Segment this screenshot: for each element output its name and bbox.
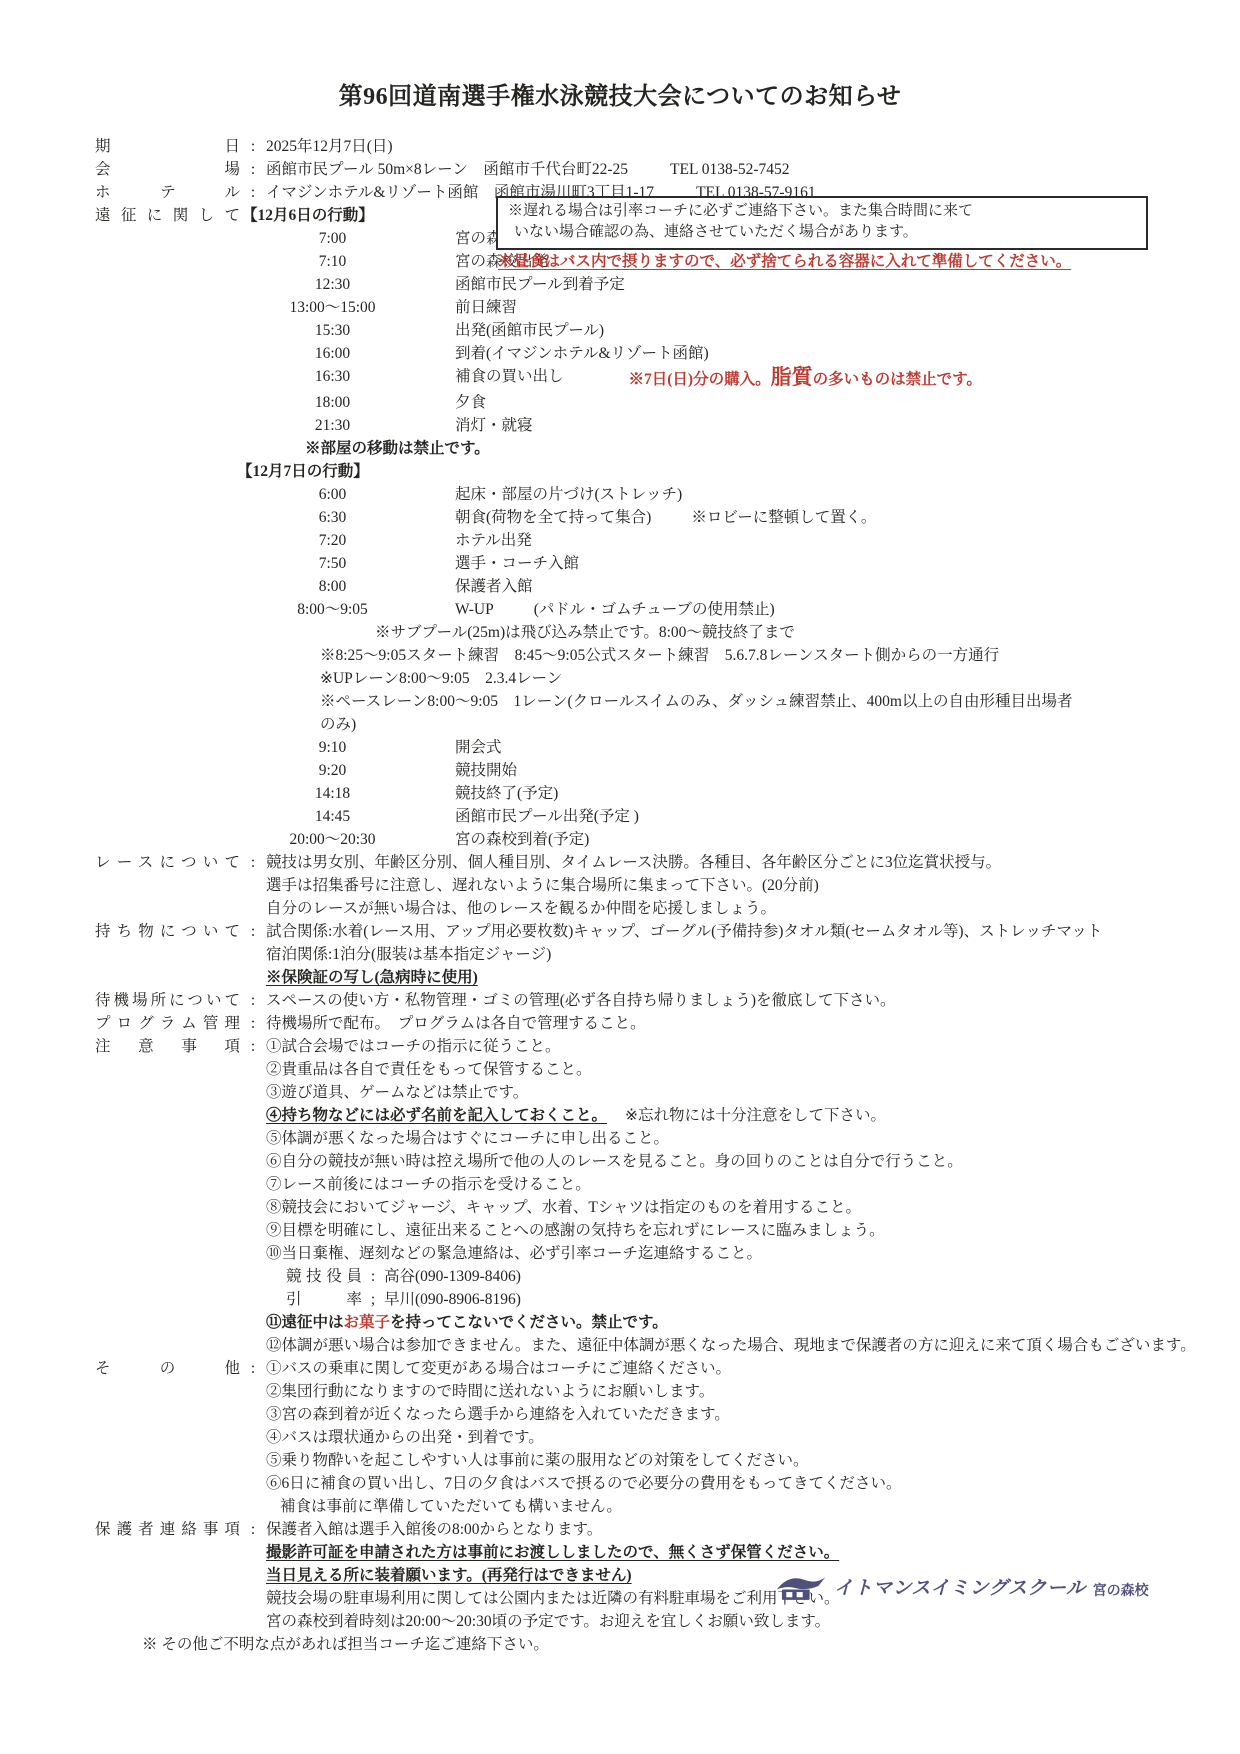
parent-item: 撮影許可証を申請された方は事前にお渡ししましたので、無くさず保管ください。 <box>266 1542 1240 1564</box>
late-note-line: いない場合確認の為、連絡させていただく場合があります。 <box>508 222 1136 243</box>
contact-row: 競技役員 : 高谷(090-1309-8406) <box>286 1266 1240 1288</box>
schedule-time: 21:30 <box>225 415 440 437</box>
schedule-activity: 保護者入館 <box>440 576 533 598</box>
section-label: 持ち物について <box>95 921 240 990</box>
schedule-activity: 夕食 <box>440 392 486 414</box>
schedule-row: 15:30 出発(函館市民プール) <box>95 320 1240 342</box>
info-label: ホテル <box>95 182 240 204</box>
colon: : <box>240 990 266 1013</box>
section-label: プログラム管理 <box>95 1013 240 1036</box>
schedule-activity: 朝食(荷物を全て持って集合) <box>440 507 651 529</box>
schedule-row: 21:30 消灯・就寝 <box>95 415 1240 437</box>
schedule-row: 14:18 競技終了(予定) <box>95 783 1240 805</box>
section-label: 遠征に関して <box>95 205 240 227</box>
colon: : <box>240 852 266 921</box>
parent-item: 保護者入館は選手入館後の8:00からとなります。 <box>266 1519 1240 1541</box>
section-label: 注意事項 <box>95 1036 240 1358</box>
schedule-activity: 開会式 <box>440 737 502 759</box>
room-move-note: ※部屋の移動は禁止です。 <box>305 438 1240 460</box>
schedule-time: 16:00 <box>225 343 440 365</box>
late-contact-note-box: ※遅れる場合は引率コーチに必ずご連絡下さい。また集合時間に来て いない場合確認の… <box>496 196 1148 250</box>
schedule-activity: 到着(イマジンホテル&リゾート函館) <box>440 343 709 365</box>
itoman-logo-mark <box>775 1568 827 1604</box>
colon: : <box>240 1036 266 1358</box>
schedule-row: 20:00〜20:30 宮の森校到着(予定) <box>95 829 1240 851</box>
other-item: ③宮の森到着が近くなったら選手から連絡を入れていただきます。 <box>266 1404 1240 1426</box>
schedule-time: 8:00 <box>225 576 440 598</box>
schedule-activity: 競技開始 <box>440 760 517 782</box>
section-races: レースについて : 競技は男女別、年齢区分別、個人種目別、タイムレース決勝。各種… <box>95 852 1240 921</box>
contact-role: 引率 <box>286 1289 362 1311</box>
section-line: スペースの使い方・私物管理・ゴミの管理(必ず各自持ち帰りましょう)を徹底して下さ… <box>266 990 1240 1012</box>
wup-note: ※8:25〜9:05スタート練習 8:45〜9:05公式スタート練習 5.6.7… <box>320 645 1240 667</box>
section-belongings: 持ち物について : 試合関係:水着(レース用、アップ用必要枚数)キャップ、ゴーグ… <box>95 921 1240 990</box>
wup-equipment-note: (パドル・ゴムチューブの使用禁止) <box>534 599 775 621</box>
schedule-activity: 前日練習 <box>440 297 517 319</box>
schedule-time: 20:00〜20:30 <box>225 829 440 851</box>
schedule-time: 13:00〜15:00 <box>225 297 440 319</box>
schedule-activity: 函館市民プール出発(予定 ) <box>440 806 639 828</box>
section-label: 待機場所について <box>95 990 240 1013</box>
logo-brand-text: イトマンスイミングスクール <box>834 1573 1086 1600</box>
insurance-note: ※保険証の写し(急病時に使用) <box>266 967 1240 989</box>
schedule-row: 16:00 到着(イマジンホテル&リゾート函館) <box>95 343 1240 365</box>
section-notes: 注意事項 : ①試合会場ではコーチの指示に従うこと。 ②貴重品は各自で責任をもっ… <box>95 1036 1240 1358</box>
info-value: 2025年12月7日(日) <box>266 136 1240 158</box>
schedule-activity: W-UP <box>440 599 494 621</box>
wup-note: ※ペースレーン8:00〜9:05 1レーン(クロールスイムのみ、ダッシュ練習禁止… <box>320 691 1240 713</box>
colon: : <box>240 1358 266 1519</box>
info-label: 会場 <box>95 159 240 181</box>
wup-note: ※UPレーン8:00〜9:05 2.3.4レーン <box>320 668 1240 690</box>
schedule-row: 13:00〜15:00 前日練習 <box>95 297 1240 319</box>
schedule-time: 6:00 <box>225 484 440 506</box>
schedule-row: 6:00 起床・部屋の片づけ(ストレッチ) <box>95 484 1240 506</box>
schedule-time: 8:00〜9:05 <box>225 599 440 621</box>
snack-word: お菓子 <box>344 1314 391 1331</box>
section-program: プログラム管理 : 待機場所で配布。 プログラムは各自で管理すること。 <box>95 1013 1240 1036</box>
schedule-time: 14:18 <box>225 783 440 805</box>
colon: : <box>240 921 266 990</box>
schedule-row: 18:00 夕食 <box>95 392 1240 414</box>
lunch-note: ※昼食はバス内で摂りますので、必ず捨てられる容器に入れて準備してください。 <box>498 249 1071 271</box>
schedule-row: 8:00〜9:05 W-UP (パドル・ゴムチューブの使用禁止) <box>95 599 1240 621</box>
contact-role: 競技役員 <box>286 1266 362 1288</box>
schedule-activity: 宮の森校到着(予定) <box>440 829 589 851</box>
other-item: ④バスは環状通からの出発・到着です。 <box>266 1427 1240 1449</box>
notice-item: ⑥自分の競技が無い時は控え場所で他の人のレースを見ること。身の回りのことは自分で… <box>266 1151 1240 1173</box>
lobby-note: ※ロビーに整頓して置く。 <box>691 507 876 529</box>
schedule-row: 7:20 ホテル出発 <box>95 530 1240 552</box>
colon: : <box>240 136 266 158</box>
logo-school-text: 宮の森校 <box>1093 1580 1149 1600</box>
schedule-activity: 起床・部屋の片づけ(ストレッチ) <box>440 484 682 506</box>
schedule-row: 7:50 選手・コーチ入館 <box>95 553 1240 575</box>
colon: : <box>240 1013 266 1036</box>
section-line: 選手は招集番号に注意し、遅れないように集合場所に集まって下さい。(20分前) <box>266 875 1240 897</box>
schedule-time: 15:30 <box>225 320 440 342</box>
schedule-time: 14:45 <box>225 806 440 828</box>
info-row-venue: 会場 : 函館市民プール 50m×8レーン 函館市千代台町22-25 TEL 0… <box>95 159 1240 181</box>
schedule-activity: 競技終了(予定) <box>440 783 558 805</box>
section-line: 自分のレースが無い場合は、他のレースを観るか仲間を応援しましょう。 <box>266 898 1240 920</box>
other-item: 補食は事前に準備していただいても構いません。 <box>280 1496 1240 1518</box>
snack-purchase-note: ※7日(日)分の購入。脂質の多いものは禁止です。 <box>629 366 982 391</box>
section-label: レースについて <box>95 852 240 921</box>
notice-item: ⑨目標を明確にし、遠征出来ることへの感謝の気持ちを忘れずにレースに臨みましょう。 <box>266 1220 1240 1242</box>
day7-header: 【12月7日の行動】 <box>237 461 1240 483</box>
document-scan: 第96回道南選手権水泳競技大会についてのお知らせ 期日 : 2025年12月7日… <box>0 0 1240 1754</box>
schedule-activity: 出発(函館市民プール) <box>440 320 604 342</box>
snack-ban-note: ⑪遠征中はお菓子を持ってこないでください。禁止です。 <box>266 1312 1240 1334</box>
late-note-line: ※遅れる場合は引率コーチに必ずご連絡下さい。また集合時間に来て <box>508 201 1136 222</box>
section-line: 宿泊関係:1泊分(服装は基本指定ジャージ) <box>266 944 1240 966</box>
notice-item: ⑧競技会においてジャージ、キャップ、水着、Tシャツは指定のものを着用すること。 <box>266 1197 1240 1219</box>
schedule-row: 16:30 補食の買い出し ※7日(日)分の購入。脂質の多いものは禁止です。 <box>95 366 1240 391</box>
wup-note: ※サブプール(25m)は飛び込み禁止です。8:00〜競技終了まで <box>375 622 1240 644</box>
footer-note: ※ その他ご不明な点があれば担当コーチ迄ご連絡下さい。 <box>142 1634 1240 1656</box>
section-line: 競技は男女別、年齢区分別、個人種目別、タイムレース決勝。各種目、各年齢区分ごとに… <box>266 852 1240 874</box>
schedule-row: 6:30 朝食(荷物を全て持って集合) ※ロビーに整頓して置く。 <box>95 507 1240 529</box>
schedule-time: 7:50 <box>225 553 440 575</box>
notice-item: ⑦レース前後にはコーチの指示を受けること。 <box>266 1174 1240 1196</box>
schedule-time: 9:10 <box>225 737 440 759</box>
other-item: ⑥6日に補食の買い出し、7日の夕食はバスで摂るので必要分の費用をもってきてくださ… <box>266 1473 1240 1495</box>
info-tel: TEL 0138-52-7452 <box>670 159 790 181</box>
schedule-time: 12:30 <box>225 274 440 296</box>
other-item: ②集団行動になりますので時間に送れないようにお願いします。 <box>266 1381 1240 1403</box>
schedule-time: 9:20 <box>225 760 440 782</box>
contact-row: 引率 ; 早川(090-8906-8196) <box>286 1289 1240 1311</box>
page-title: 第96回道南選手権水泳競技大会についてのお知らせ <box>0 86 1240 108</box>
info-value: 函館市民プール 50m×8レーン 函館市千代台町22-25 <box>266 159 628 181</box>
colon: : <box>240 182 266 204</box>
schedule-row: 14:45 函館市民プール出発(予定 ) <box>95 806 1240 828</box>
schedule-row: 9:20 競技開始 <box>95 760 1240 782</box>
schedule-activity: 選手・コーチ入館 <box>440 553 579 575</box>
colon: ; <box>362 1289 384 1311</box>
info-row-date: 期日 : 2025年12月7日(日) <box>95 136 1240 158</box>
schedule-row: 12:30 函館市民プール到着予定 <box>95 274 1240 296</box>
schedule-activity: 消灯・就寝 <box>440 415 533 437</box>
itoman-logo: イトマンスイミングスクール 宮の森校 <box>775 1568 1149 1604</box>
section-others: その他 : ①バスの乗車に関して変更がある場合はコーチにご連絡ください。 ②集団… <box>95 1358 1240 1519</box>
schedule-time: 7:00 <box>225 228 440 250</box>
parent-item: 宮の森校到着時刻は20:00〜20:30頃の予定です。お迎えを宜しくお願い致しま… <box>266 1611 1240 1633</box>
notice-item: ④持ち物などには必ず名前を記入しておくこと。※忘れ物には十分注意をして下さい。 <box>266 1105 1240 1127</box>
section-waiting: 待機場所について : スペースの使い方・私物管理・ゴミの管理(必ず各自持ち帰りま… <box>95 990 1240 1013</box>
notice-item: ②貴重品は各自で責任をもって保管すること。 <box>266 1059 1240 1081</box>
colon: : <box>240 159 266 181</box>
other-item: ①バスの乗車に関して変更がある場合はコーチにご連絡ください。 <box>266 1358 1240 1380</box>
section-label: その他 <box>95 1358 240 1519</box>
day6-header: 【12月6日の行動】 <box>242 205 374 227</box>
schedule-time: 6:30 <box>225 507 440 529</box>
notice-item: ⑫体調が悪い場合は参加できません。また、遠征中体調が悪くなった場合、現地まで保護… <box>266 1335 1240 1357</box>
schedule-time: 18:00 <box>225 392 440 414</box>
notice-item: ⑩当日棄権、遅刻などの緊急連絡は、必ず引率コーチ迄連絡すること。 <box>266 1243 1240 1265</box>
section-label: 保護者連絡事項 <box>95 1519 240 1634</box>
section-line: 待機場所で配布。 プログラムは各自で管理すること。 <box>266 1013 1240 1035</box>
section-line: 試合関係:水着(レース用、アップ用必要枚数)キャップ、ゴーグル(予備持参)タオル… <box>266 921 1240 943</box>
schedule-activity: 函館市民プール到着予定 <box>440 274 625 296</box>
contact-value: 高谷(090-1309-8406) <box>384 1266 521 1288</box>
notice-item: ⑤体調が悪くなった場合はすぐにコーチに申し出ること。 <box>266 1128 1240 1150</box>
schedule-row: 8:00 保護者入館 <box>95 576 1240 598</box>
notice-item: ③遊び道具、ゲームなどは禁止です。 <box>266 1082 1240 1104</box>
contact-value: 早川(090-8906-8196) <box>384 1289 521 1311</box>
schedule-time: 7:20 <box>225 530 440 552</box>
schedule-time: 16:30 <box>225 366 440 391</box>
colon: : <box>362 1266 384 1288</box>
schedule-time: 7:10 <box>225 251 440 273</box>
schedule-activity: 補食の買い出し <box>440 366 564 391</box>
other-item: ⑤乗り物酔いを起こしやすい人は事前に薬の服用などの対策をしてください。 <box>266 1450 1240 1472</box>
info-label: 期日 <box>95 136 240 158</box>
colon: : <box>240 1519 266 1634</box>
schedule-activity: ホテル出発 <box>440 530 532 552</box>
notice-item: ①試合会場ではコーチの指示に従うこと。 <box>266 1036 1240 1058</box>
wup-note: のみ) <box>320 714 1240 736</box>
schedule-row: 9:10 開会式 <box>95 737 1240 759</box>
